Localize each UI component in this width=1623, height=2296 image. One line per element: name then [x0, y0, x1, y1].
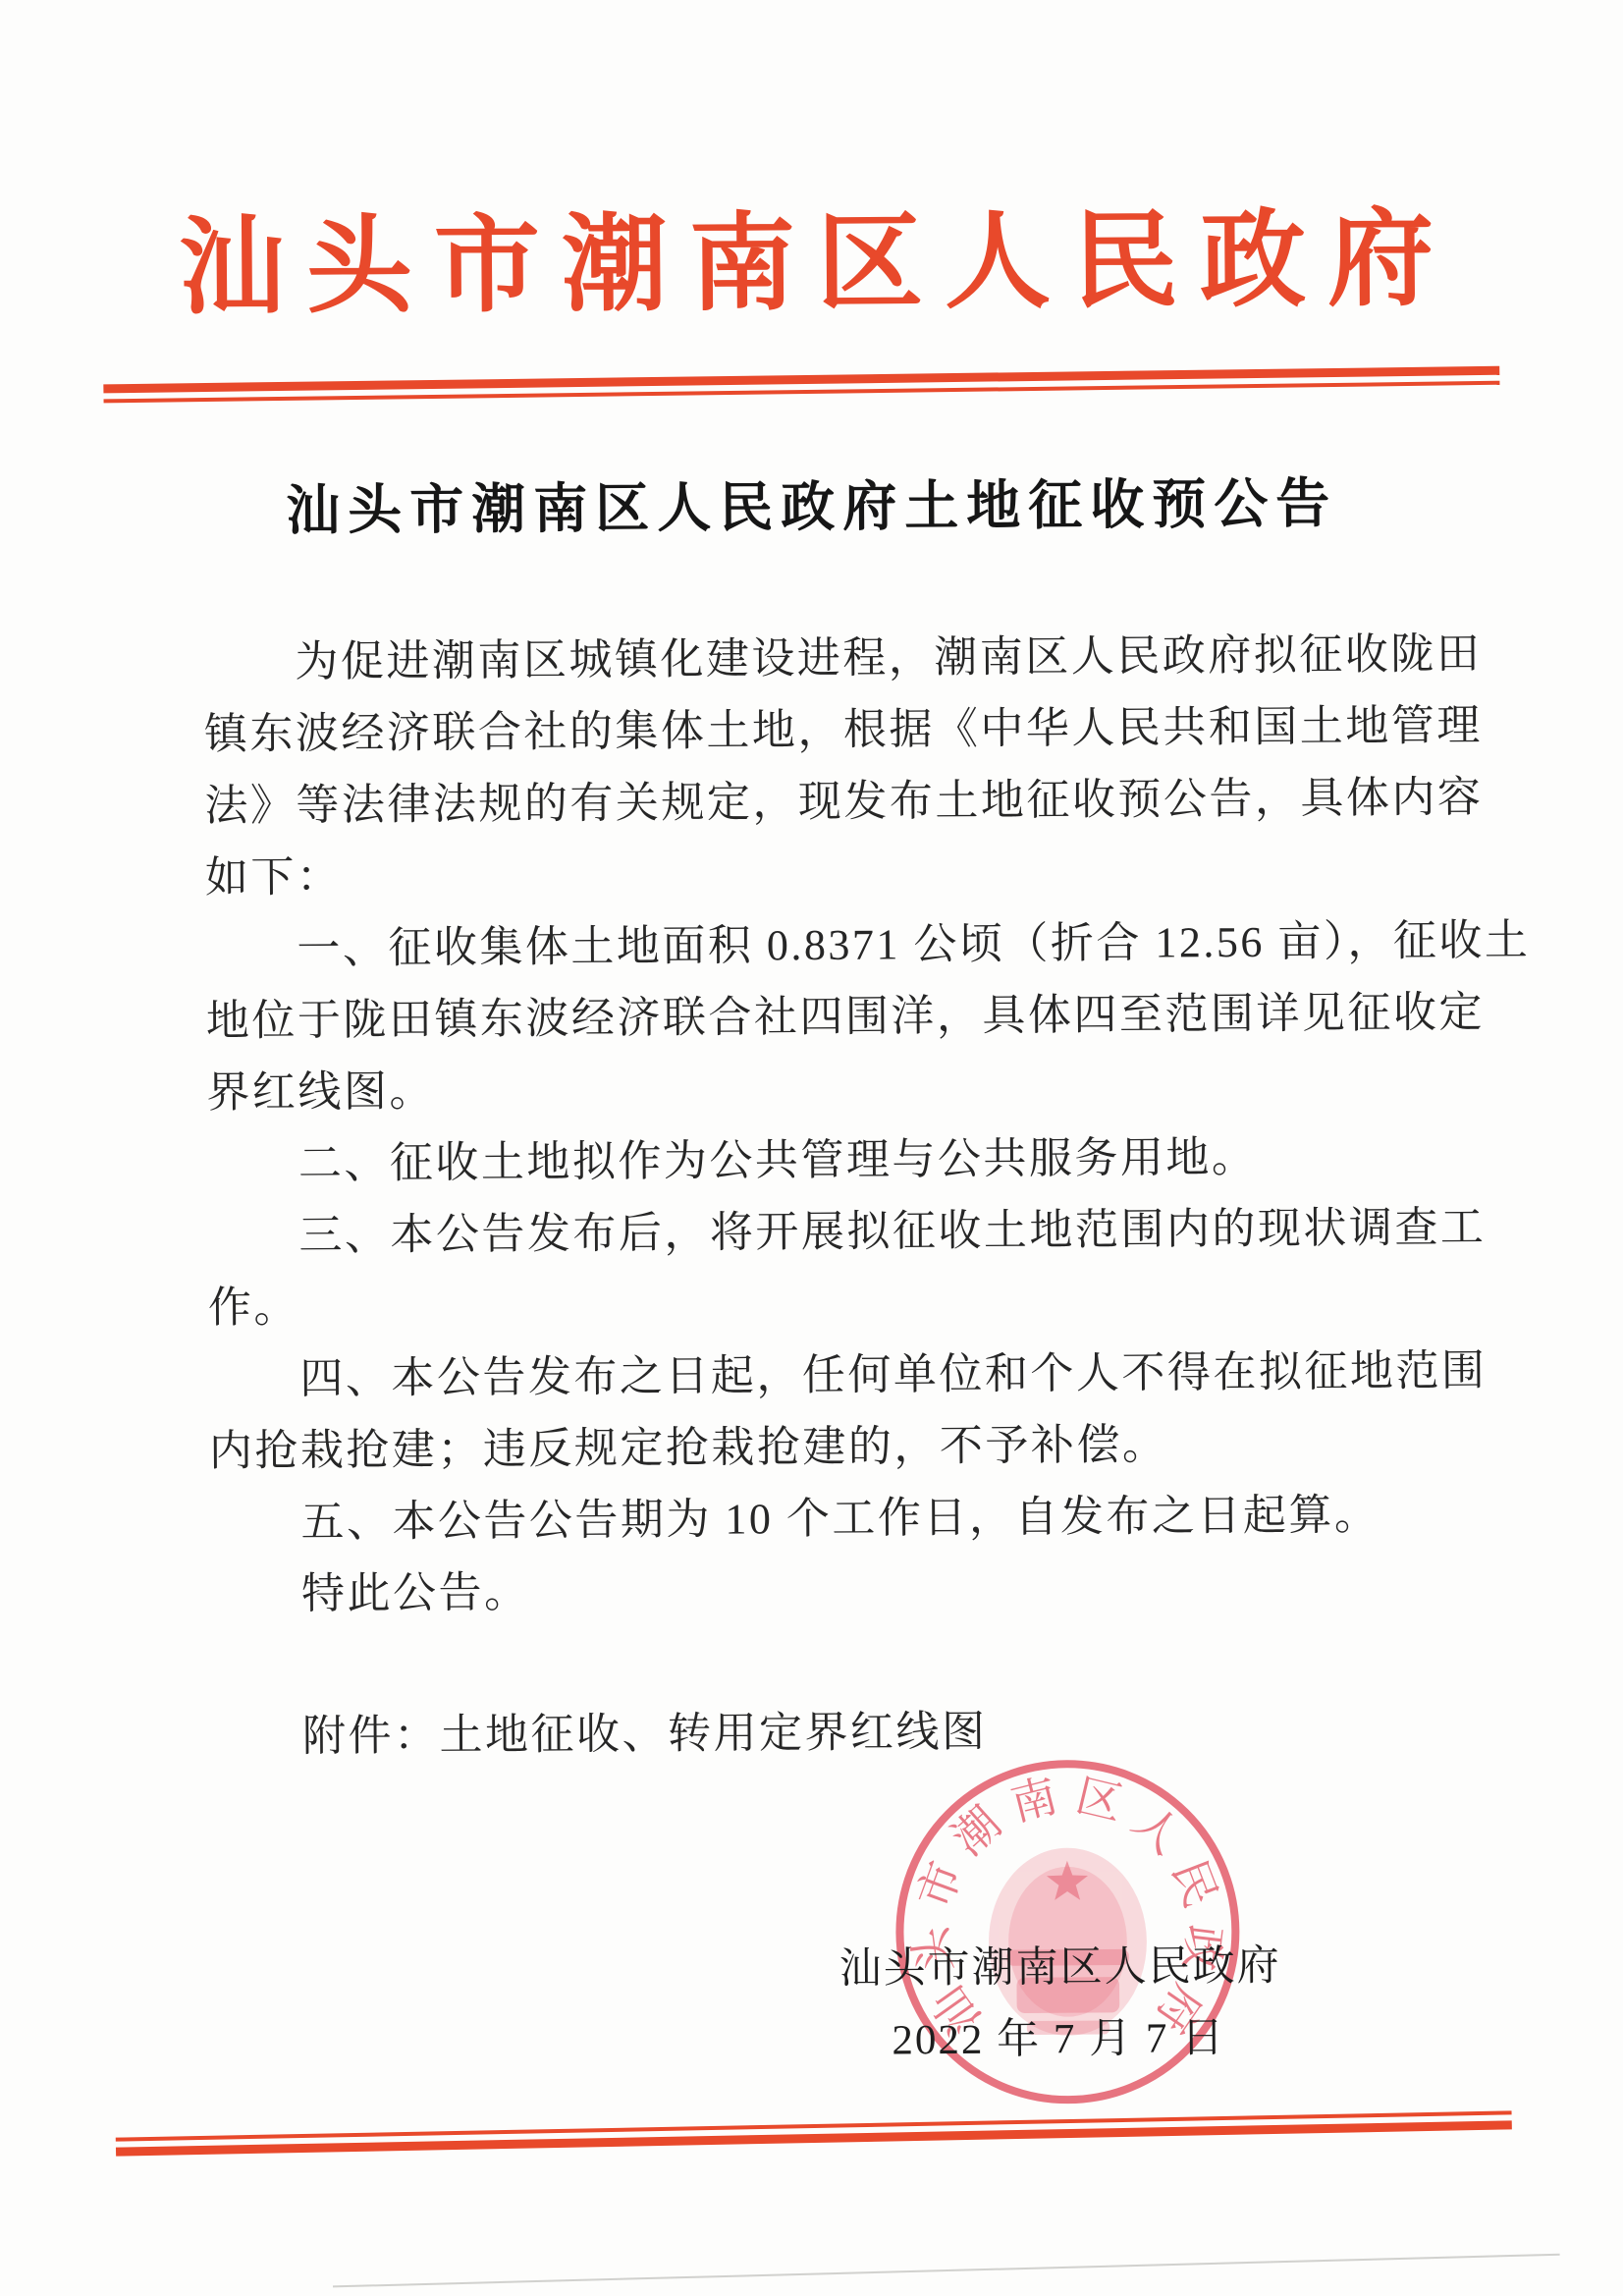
svg-text:市: 市: [910, 1855, 973, 1915]
scanned-sheet: 汕头市潮南区人民政府 汕头市潮南区人民政府土地征收预公告 为促进潮南区城镇化建设…: [0, 0, 1623, 2296]
body-line: 五、本公告公告期为 10 个工作日，自发布之日起算。: [209, 1478, 1476, 1558]
attachment-line: 附件：土地征收、转用定界红线图: [302, 1696, 988, 1773]
document-body: 为促进潮南区城镇化建设进程，潮南区人民政府拟征收陇田 镇东波经济联合社的集体土地…: [203, 618, 1477, 1630]
body-line: 界红线图。: [206, 1048, 1473, 1128]
letterhead-divider: [103, 366, 1499, 404]
body-line: 地位于陇田镇东波经济联合社四围洋，具体四至范围详见征收定: [206, 976, 1473, 1057]
issue-date: 2022 年 7 月 7 日: [892, 2008, 1225, 2071]
body-line: 镇东波经济联合社的集体土地，根据《中华人民共和国土地管理: [204, 689, 1471, 770]
document-page: 汕头市潮南区人民政府 汕头市潮南区人民政府土地征收预公告 为促进潮南区城镇化建设…: [0, 0, 1623, 2296]
body-line: 如下：: [205, 833, 1472, 913]
body-line: 法》等法律法规的有关规定，现发布土地征收预公告，具体内容: [204, 761, 1471, 842]
body-line: 二、征收土地拟作为公共管理与公共服务用地。: [207, 1120, 1474, 1200]
document-title: 汕头市潮南区人民政府土地征收预公告: [0, 467, 1619, 548]
svg-text:南: 南: [1006, 1772, 1062, 1831]
body-line: 三、本公告发布后，将开展拟征收土地范围内的现状调查工: [207, 1191, 1474, 1272]
svg-text:区: 区: [1071, 1772, 1127, 1831]
body-line: 特此公告。: [210, 1550, 1477, 1630]
body-line: 四、本公告发布之日起，任何单位和个人不得在拟征地范围: [208, 1335, 1475, 1415]
issuer-signature: 汕头市潮南区人民政府: [839, 1937, 1280, 2000]
body-line: 内抢栽抢建；违反规定抢栽抢建的，不予补偿。: [209, 1406, 1476, 1487]
body-line: 为促进潮南区城镇化建设进程，潮南区人民政府拟征收陇田: [203, 618, 1470, 698]
svg-text:民: 民: [1162, 1853, 1224, 1913]
body-line: 作。: [208, 1263, 1475, 1343]
body-line: 一、征收集体土地面积 0.8371 公顷（折合 12.56 亩），征收土: [205, 904, 1472, 985]
footer-divider: [116, 2110, 1512, 2156]
letterhead-title: 汕头市潮南区人民政府: [0, 191, 1618, 340]
scan-artifact-line: [333, 2254, 1560, 2288]
